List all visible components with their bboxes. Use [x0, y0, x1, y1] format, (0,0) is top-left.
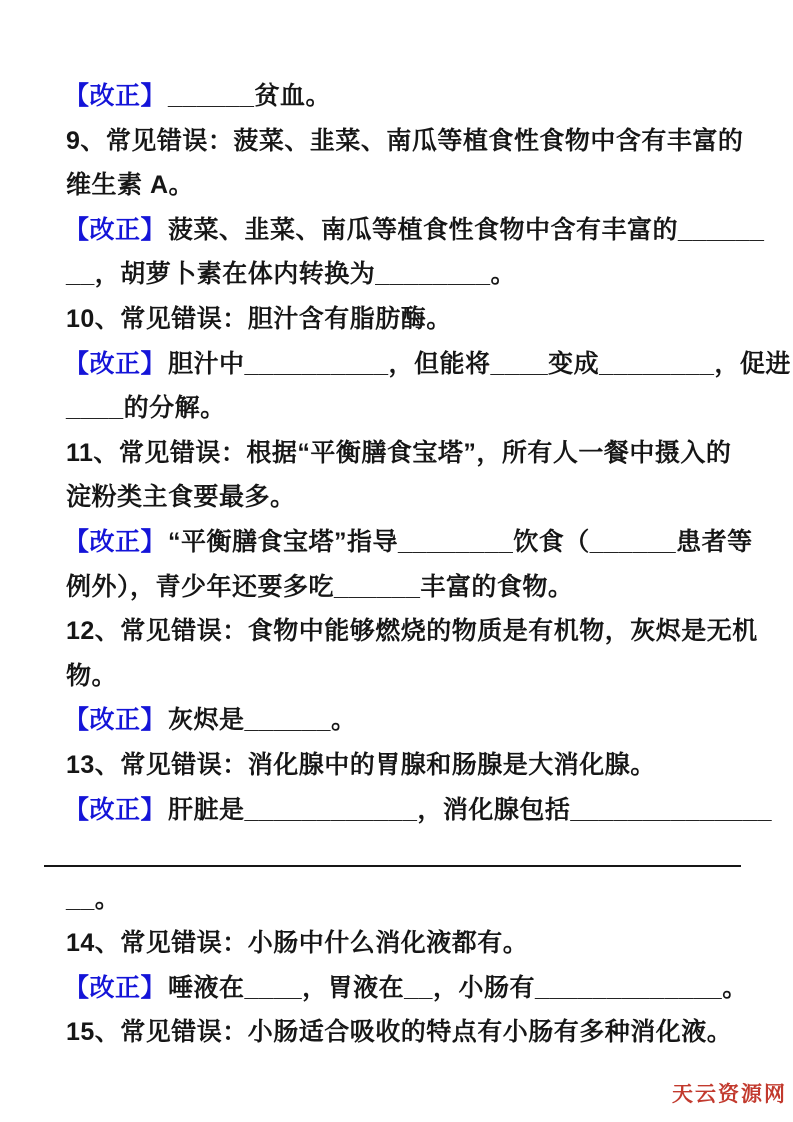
line-text: 肝脏是____________，消化腺包括______________ — [168, 796, 772, 824]
line-text: 菠菜、韭菜、南瓜等植食性食物中含有丰富的______ — [168, 216, 764, 244]
line-text: 唾液在____，胃液在__，小肠有_____________。 — [168, 974, 748, 1002]
doc-line: 淀粉类主食要最多。 — [64, 475, 739, 520]
worksheet-page: 【改正】______贫血。 9、常见错误：菠菜、韭菜、南瓜等植食性食物中含有丰富… — [0, 0, 793, 1055]
line-text: 淀粉类主食要最多。 — [66, 483, 296, 511]
watermark: 天云资源网 — [672, 1078, 787, 1108]
underline-rule — [44, 865, 741, 867]
doc-line: 【改正】肝脏是____________，消化腺包括______________ — [64, 788, 739, 833]
doc-line: 【改正】唾液在____，胃液在__，小肠有_____________。 — [64, 966, 739, 1011]
doc-line: 14、常见错误：小肠中什么消化液都有。 — [64, 921, 739, 966]
doc-line: ____的分解。 — [64, 386, 739, 431]
line-text: 15、常见错误：小肠适合吸收的特点有小肠有多种消化液。 — [66, 1018, 732, 1046]
line-text: 胆汁中__________，但能将____变成________，促进 — [168, 350, 791, 378]
correction-label: 【改正】 — [64, 974, 166, 1002]
doc-line: 【改正】______贫血。 — [64, 74, 739, 119]
doc-line: 【改正】灰烬是______。 — [64, 698, 739, 743]
line-text: ____的分解。 — [66, 394, 226, 422]
line-text: 维生素 A。 — [66, 171, 194, 199]
correction-label: 【改正】 — [64, 796, 166, 824]
doc-line: 维生素 A。 — [64, 163, 739, 208]
doc-line: __。 — [64, 877, 739, 922]
line-text: __，胡萝卜素在体内转换为________。 — [66, 260, 516, 288]
doc-line: 13、常见错误：消化腺中的胃腺和肠腺是大消化腺。 — [64, 743, 739, 788]
line-text: 12、常见错误：食物中能够燃烧的物质是有机物，灰烬是无机 — [66, 617, 758, 645]
doc-line: 11、常见错误：根据“平衡膳食宝塔”，所有人一餐中摄入的 — [64, 431, 739, 476]
line-text: 灰烬是______。 — [168, 706, 356, 734]
correction-label: 【改正】 — [64, 350, 166, 378]
line-text: 11、常见错误：根据“平衡膳食宝塔”，所有人一餐中摄入的 — [66, 439, 731, 467]
line-text: “平衡膳食宝塔”指导________饮食（______患者等 — [168, 528, 753, 556]
doc-line: 【改正】胆汁中__________，但能将____变成________，促进 — [64, 342, 739, 387]
blank-fill-rule-line — [64, 832, 739, 877]
doc-line: 9、常见错误：菠菜、韭菜、南瓜等植食性食物中含有丰富的 — [64, 119, 739, 164]
line-text: 14、常见错误：小肠中什么消化液都有。 — [66, 929, 528, 957]
doc-line: 【改正】菠菜、韭菜、南瓜等植食性食物中含有丰富的______ — [64, 208, 739, 253]
correction-label: 【改正】 — [64, 82, 166, 110]
doc-line: 物。 — [64, 654, 739, 699]
line-text: ______贫血。 — [168, 82, 331, 110]
line-text: 9、常见错误：菠菜、韭菜、南瓜等植食性食物中含有丰富的 — [66, 127, 743, 155]
line-text: 13、常见错误：消化腺中的胃腺和肠腺是大消化腺。 — [66, 751, 656, 779]
correction-label: 【改正】 — [64, 528, 166, 556]
doc-line: __，胡萝卜素在体内转换为________。 — [64, 252, 739, 297]
correction-label: 【改正】 — [64, 216, 166, 244]
line-text: 例外），青少年还要多吃______丰富的食物。 — [66, 573, 573, 601]
doc-line: 10、常见错误：胆汁含有脂肪酶。 — [64, 297, 739, 342]
doc-line: 12、常见错误：食物中能够燃烧的物质是有机物，灰烬是无机 — [64, 609, 739, 654]
doc-line: 例外），青少年还要多吃______丰富的食物。 — [64, 565, 739, 610]
correction-label: 【改正】 — [64, 706, 166, 734]
line-text: 10、常见错误：胆汁含有脂肪酶。 — [66, 305, 452, 333]
doc-line: 【改正】“平衡膳食宝塔”指导________饮食（______患者等 — [64, 520, 739, 565]
line-text: __。 — [66, 885, 120, 913]
doc-line: 15、常见错误：小肠适合吸收的特点有小肠有多种消化液。 — [64, 1010, 739, 1055]
line-text: 物。 — [66, 662, 117, 690]
